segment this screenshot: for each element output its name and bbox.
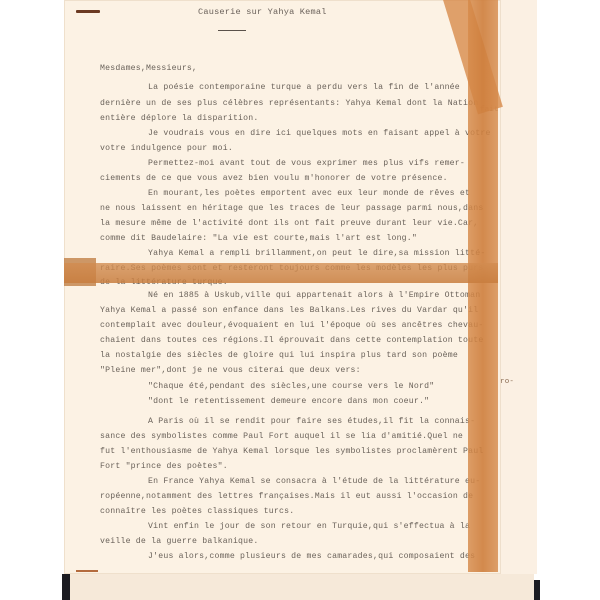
text-line: chaient dans toutes ces régions.Il éprou… <box>100 336 484 345</box>
text-line: la nostalgie des siècles de gloire qui l… <box>100 351 458 360</box>
document-title: Causerie sur Yahya Kemal <box>198 7 327 17</box>
text-line: Né en 1885 à Uskub,ville qui appartenait… <box>148 291 480 300</box>
margin-fragment: ro- <box>500 378 514 386</box>
text-line: En France Yahya Kemal se consacra à l'ét… <box>148 477 480 486</box>
document-text: Causerie sur Yahya Kemal Mesdames,Messie… <box>0 0 600 600</box>
adhesive-tape-vertical <box>468 0 498 572</box>
text-line: sance des symbolistes comme Paul Fort au… <box>100 432 463 441</box>
title-underline <box>218 30 246 31</box>
text-line: Vint enfin le jour de son retour en Turq… <box>148 522 470 531</box>
text-line: A Paris où il se rendit pour faire ses é… <box>148 417 475 426</box>
text-line: la mesure même de l'activité dont ils on… <box>100 219 478 228</box>
text-line: contemplait avec douleur,évoquaient en l… <box>100 321 484 330</box>
text-line: ne nous laissent en héritage que les tra… <box>100 204 484 213</box>
text-line: Yahya Kemal a rempli brillamment,on peut… <box>148 249 485 258</box>
text-line: fut l'enthousiasme de Yahya Kemal lorsqu… <box>100 447 484 456</box>
salutation: Mesdames,Messieurs, <box>100 64 197 73</box>
text-line: Permettez-moi avant tout de vous exprime… <box>148 159 465 168</box>
text-line: dernière un de ses plus célèbres représe… <box>100 99 478 108</box>
text-line: comme dit Baudelaire: "La vie est courte… <box>100 234 417 243</box>
adhesive-tape-horizontal <box>64 263 498 283</box>
text-line: Yahya Kemal a passé son enfance dans les… <box>100 306 478 315</box>
text-line: J'eus alors,comme plusieurs de mes camar… <box>148 552 475 561</box>
text-line: entière déplore la disparition. <box>100 114 259 123</box>
text-line: votre indulgence pour moi. <box>100 144 233 153</box>
text-line: connaître les poètes classiques turcs. <box>100 507 294 516</box>
text-line: ciements de ce que vous avez bien voulu … <box>100 174 448 183</box>
text-line: Je voudrais vous en dire ici quelques mo… <box>148 129 491 138</box>
text-line: veille de la guerre balkanique. <box>100 537 259 546</box>
text-line: "Pleine mer",dont je ne vous citerai que… <box>100 366 361 375</box>
verse-line: "Chaque été,pendant des siècles,une cour… <box>148 382 434 391</box>
text-line: ropéenne,notamment des lettres française… <box>100 492 473 501</box>
text-line: Fort "prince des poètes". <box>100 462 228 471</box>
text-line: La poésie contemporaine turque a perdu v… <box>148 83 460 92</box>
text-line: En mourant,les poètes emportent avec eux… <box>148 189 470 198</box>
verse-line: "dont le retentissement demeure encore d… <box>148 397 429 406</box>
